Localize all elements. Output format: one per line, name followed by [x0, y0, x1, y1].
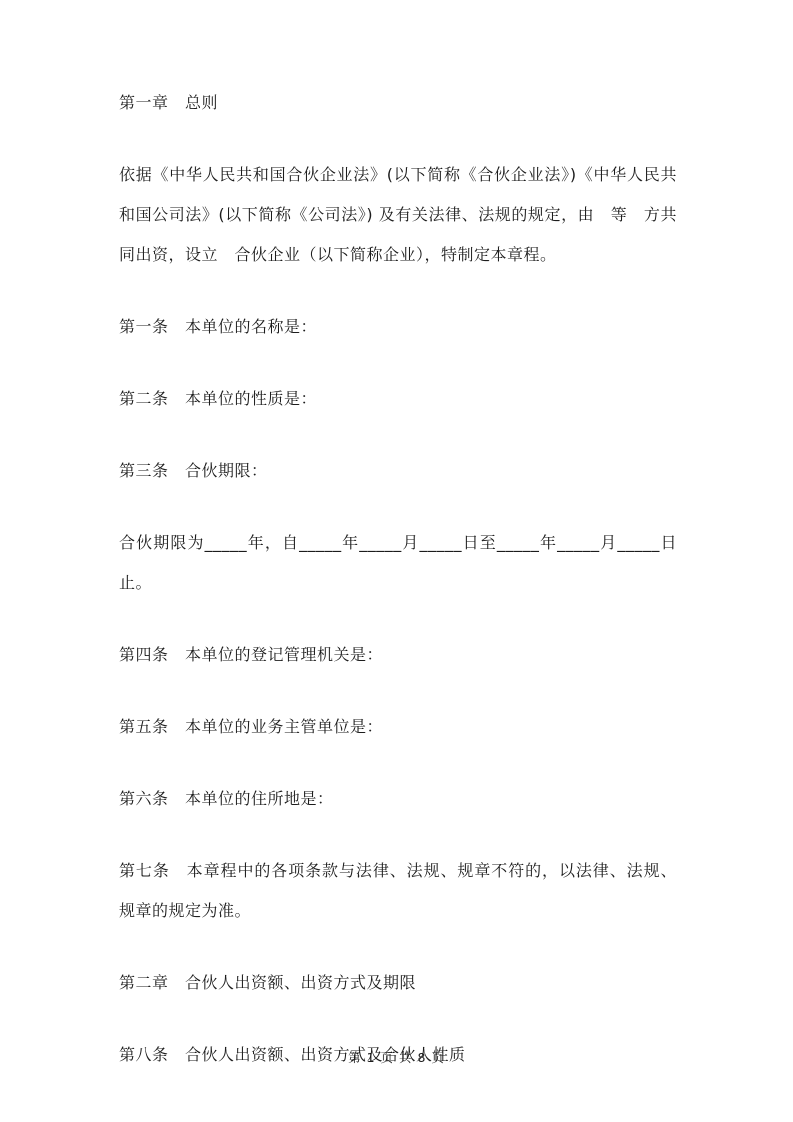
intro-paragraph: 依据《中华人民共和国合伙企业法》(以下简称《合伙企业法》)《中华人民共和国公司法… — [119, 155, 677, 275]
article-6-address: 第六条 本单位的住所地是： — [119, 779, 677, 819]
chapter-1-heading: 第一章 总则 — [119, 83, 677, 123]
article-7-law-prevail: 第七条 本章程中的各项条款与法律、法规、规章不符的，以法律、法规、规章的规定为准… — [119, 851, 677, 931]
term-blank-line: 合伙期限为_____年，自_____年_____月_____日至_____年__… — [119, 523, 677, 603]
article-1-name: 第一条 本单位的名称是： — [119, 307, 677, 347]
document-body: 第一章 总则 依据《中华人民共和国合伙企业法》(以下简称《合伙企业法》)《中华人… — [119, 83, 677, 1107]
page-number-indicator: 第 1 页 共 8 页 — [0, 1048, 793, 1066]
article-5-supervisor: 第五条 本单位的业务主管单位是： — [119, 707, 677, 747]
article-3-term: 第三条 合伙期限： — [119, 451, 677, 491]
document-page: 第一章 总则 依据《中华人民共和国合伙企业法》(以下简称《合伙企业法》)《中华人… — [0, 0, 793, 1122]
article-4-registry: 第四条 本单位的登记管理机关是： — [119, 635, 677, 675]
article-2-nature: 第二条 本单位的性质是： — [119, 379, 677, 419]
chapter-2-heading: 第二章 合伙人出资额、出资方式及期限 — [119, 963, 677, 1003]
